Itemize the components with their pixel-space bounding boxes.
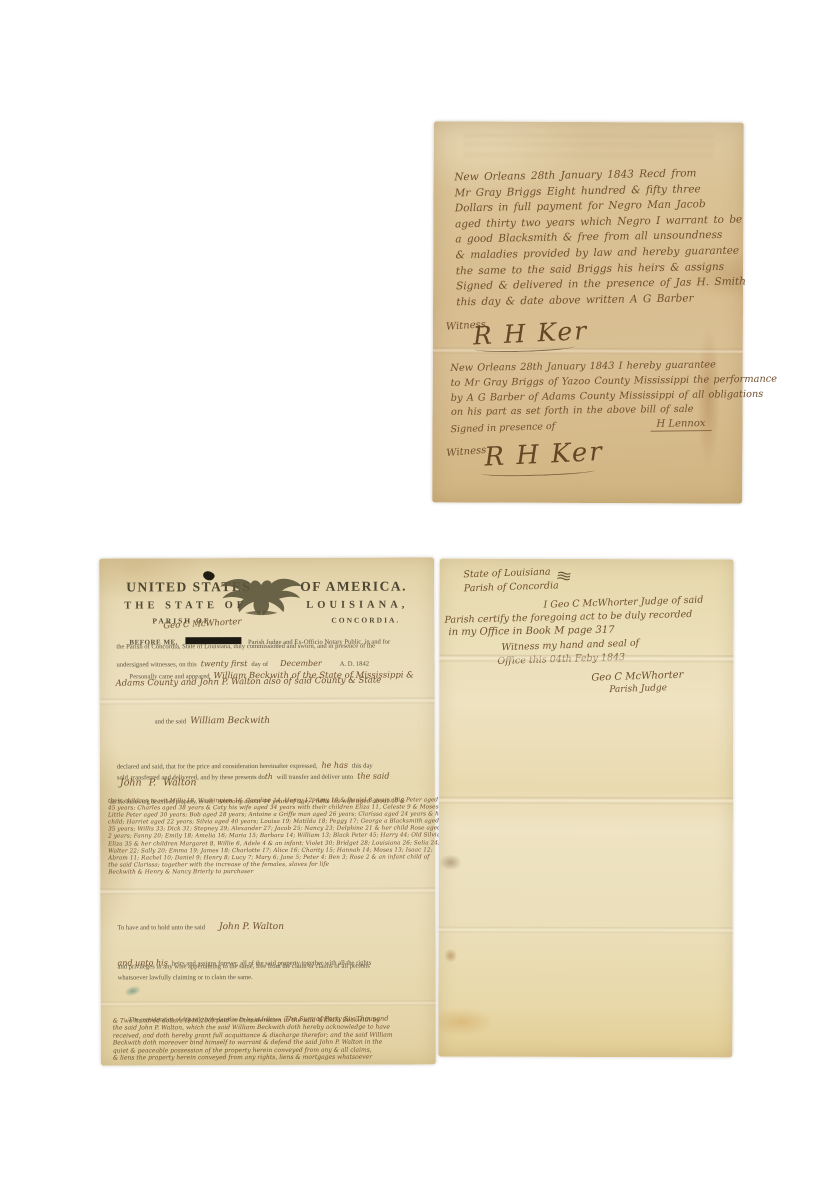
bleedthrough-smudge <box>464 129 714 164</box>
fold-crease <box>101 1000 436 1006</box>
recorder-title: Parish Judge <box>609 683 667 695</box>
tenendum-line3: whatsoever lawfully claiming or to claim… <box>118 974 253 981</box>
state-parish-heading: State of LouisianaParish of Concordia <box>463 565 559 595</box>
header-the-state-of: THE STATE OF <box>124 600 247 611</box>
fold-crease <box>439 927 733 934</box>
countersignature: H Lennox <box>650 418 711 432</box>
declaration2-hw: th <box>265 772 273 781</box>
grantee-name: John P. Walton <box>120 777 197 788</box>
certify-line3: in my Office in Book M page 317 <box>448 625 614 638</box>
certify-line2: Parish certify the foregoing act to be d… <box>444 609 692 626</box>
gallery-page: New Orleans 28th January 1843 Recd fromM… <box>0 0 819 1197</box>
habendum-hw: John P. Walton <box>219 922 284 932</box>
receipt-document-image[interactable]: New Orleans 28th January 1843 Recd fromM… <box>432 121 744 503</box>
eagle-icon <box>217 572 305 620</box>
certify-line1: I Geo C McWhorter Judge of said <box>543 595 703 611</box>
receipt-paragraph-1: New Orleans 28th January 1843 Recd fromM… <box>454 166 734 311</box>
witness-label-2: Witness <box>446 445 487 459</box>
declaration2-post: will transfer and deliver unto <box>277 774 354 781</box>
fold-crease <box>439 797 733 805</box>
intro-line2: the Parish of Concordia, State of Louisi… <box>116 643 375 651</box>
property-list: their children to wit Milly 18, Washingt… <box>108 797 432 876</box>
recording-certificate-image[interactable]: State of LouisianaParish of Concordia ≋ … <box>438 559 733 1058</box>
deed-document-image[interactable]: UNITED STATES OF AMERICA. THE STATE OF L… <box>99 557 436 1065</box>
register-squiggle-icon: ≋ <box>555 566 574 586</box>
recorder-signature: Geo C McWhorter <box>591 670 683 684</box>
appeared-line2: Adams County and John P. Walton also of … <box>115 675 381 688</box>
header-of-america: OF AMERICA. <box>300 579 407 595</box>
certify-line4: Witness my hand and seal of <box>501 638 639 653</box>
header-concordia: CONCORDIA. <box>331 616 400 625</box>
fold-crease <box>100 887 435 894</box>
declaration2-hw2: the said <box>357 772 389 781</box>
ink-blot-teal <box>124 985 142 998</box>
tenendum-line2: and privileges in any wise appertaining … <box>118 963 370 971</box>
and-said-handwritten: William Beckwith <box>190 716 270 726</box>
receipt-paragraph-2: New Orleans 28th January 1843 I hereby g… <box>450 358 741 421</box>
habendum-pre: To have and to hold unto the said <box>117 924 205 931</box>
header-louisiana: LOUISIANA, <box>306 600 408 611</box>
habendum-line: To have and to hold unto the said John P… <box>117 916 284 935</box>
signed-presence-line: Signed in presence of <box>450 421 555 435</box>
fold-crease <box>100 697 435 704</box>
consideration-list: & Two hundred dollars ($46,200) paid in … <box>113 1016 431 1062</box>
paper-stain <box>445 949 457 963</box>
and-said-pre: and the said <box>155 718 187 725</box>
and-said-line: and the said William Beckwith <box>155 710 270 728</box>
certify-line5: Office this 04th Feby 1843 <box>497 652 625 667</box>
